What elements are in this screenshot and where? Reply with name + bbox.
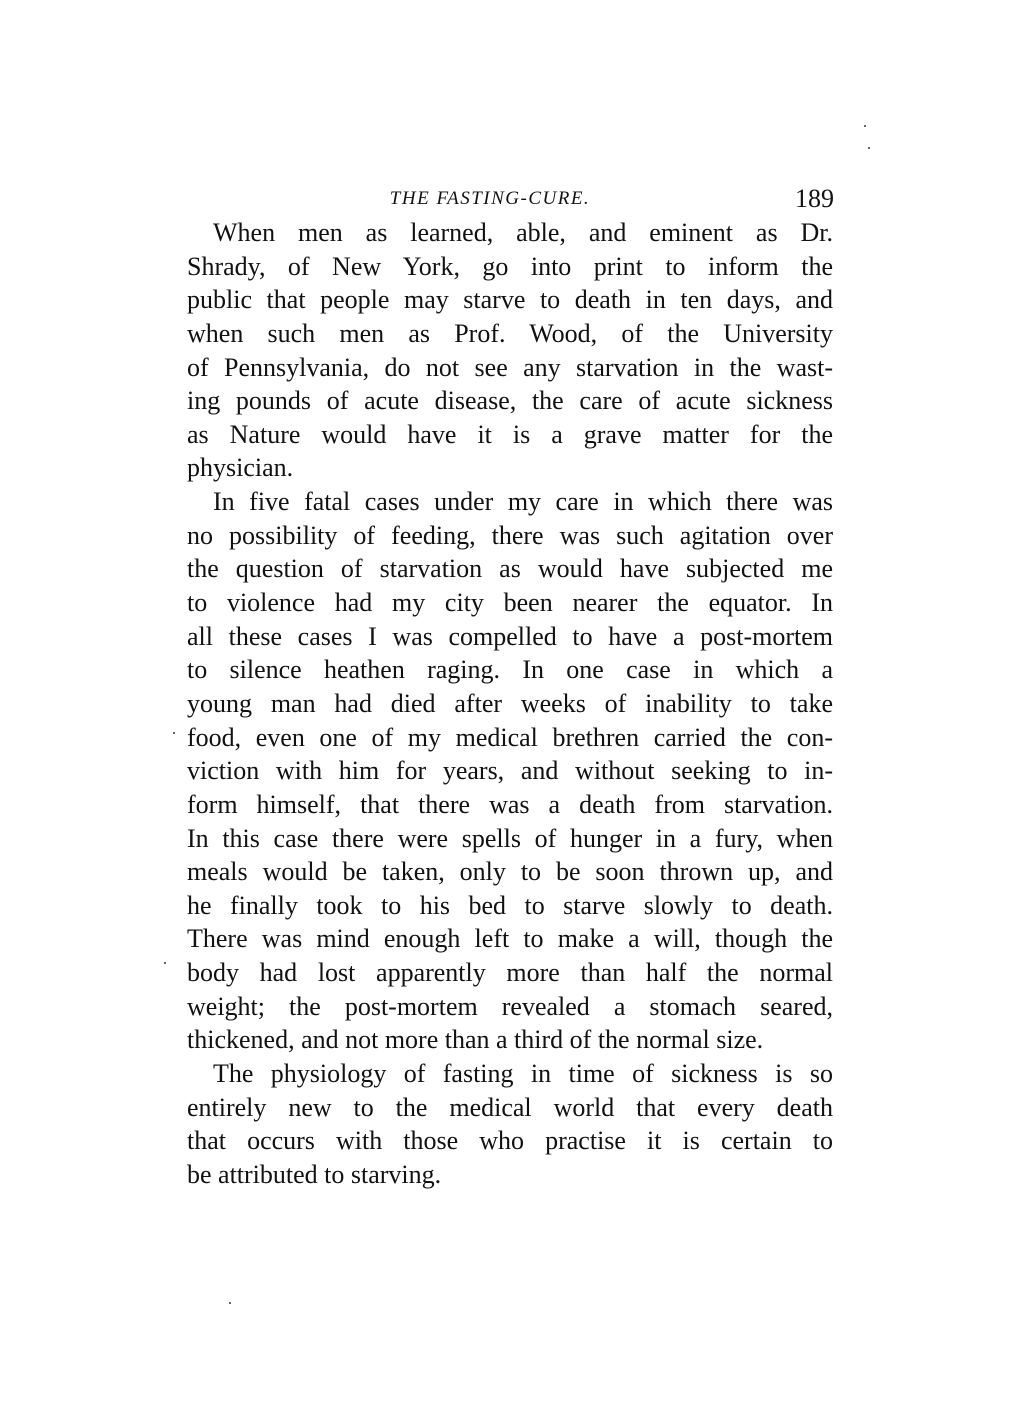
running-head: THE FASTING-CURE. 189 <box>186 186 834 216</box>
text-line: physician. <box>187 451 833 485</box>
text-line: no possibility of feeding, there was suc… <box>187 519 833 553</box>
text-line: when such men as Prof. Wood, of the Univ… <box>187 317 833 351</box>
text-line: of Pennsylvania, do not see any starvati… <box>187 351 833 385</box>
page-number: 189 <box>795 184 834 214</box>
text-line: public that people may starve to death i… <box>187 283 833 317</box>
text-line: body had lost apparently more than half … <box>187 956 833 990</box>
text-line: entirely new to the medical world that e… <box>187 1091 833 1125</box>
text-line: When men as learned, able, and eminent a… <box>187 216 833 250</box>
text-line: weight; the post-mortem revealed a stoma… <box>187 990 833 1024</box>
text-line: to silence heathen raging. In one case i… <box>187 653 833 687</box>
text-line: viction with him for years, and without … <box>187 754 833 788</box>
text-line: young man had died after weeks of inabil… <box>187 687 833 721</box>
text-line: that occurs with those who practise it i… <box>187 1124 833 1158</box>
text-line: to violence had my city been nearer the … <box>187 586 833 620</box>
text-line: be attributed to starving. <box>187 1158 833 1192</box>
text-line: as Nature would have it is a grave matte… <box>187 418 833 452</box>
text-line: In this case there were spells of hunger… <box>187 822 833 856</box>
text-line: In five fatal cases under my care in whi… <box>187 485 833 519</box>
text-line: The physiology of fasting in time of sic… <box>187 1057 833 1091</box>
scan-speck <box>164 962 166 964</box>
text-line: form himself, that there was a death fro… <box>187 788 833 822</box>
running-title: THE FASTING-CURE. <box>186 188 834 210</box>
paragraph-3: The physiology of fasting in time of sic… <box>187 1057 833 1192</box>
text-line: food, even one of my medical brethren ca… <box>187 721 833 755</box>
scan-speck <box>173 732 175 734</box>
paragraph-1: When men as learned, able, and eminent a… <box>187 216 833 485</box>
book-page: THE FASTING-CURE. 189 When men as learne… <box>0 0 1011 1427</box>
text-line: all these cases I was compelled to have … <box>187 620 833 654</box>
text-line: thickened, and not more than a third of … <box>187 1023 833 1057</box>
text-line: he finally took to his bed to starve slo… <box>187 889 833 923</box>
text-line: ing pounds of acute disease, the care of… <box>187 384 833 418</box>
text-line: meals would be taken, only to be soon th… <box>187 855 833 889</box>
scan-speck <box>864 125 866 127</box>
body-text: When men as learned, able, and eminent a… <box>187 216 833 1192</box>
scan-speck <box>229 1302 231 1304</box>
paragraph-2: In five fatal cases under my care in whi… <box>187 485 833 1057</box>
text-line: the question of starvation as would have… <box>187 552 833 586</box>
scan-speck <box>868 147 870 149</box>
text-line: Shrady, of New York, go into print to in… <box>187 250 833 284</box>
text-line: There was mind enough left to make a wil… <box>187 922 833 956</box>
